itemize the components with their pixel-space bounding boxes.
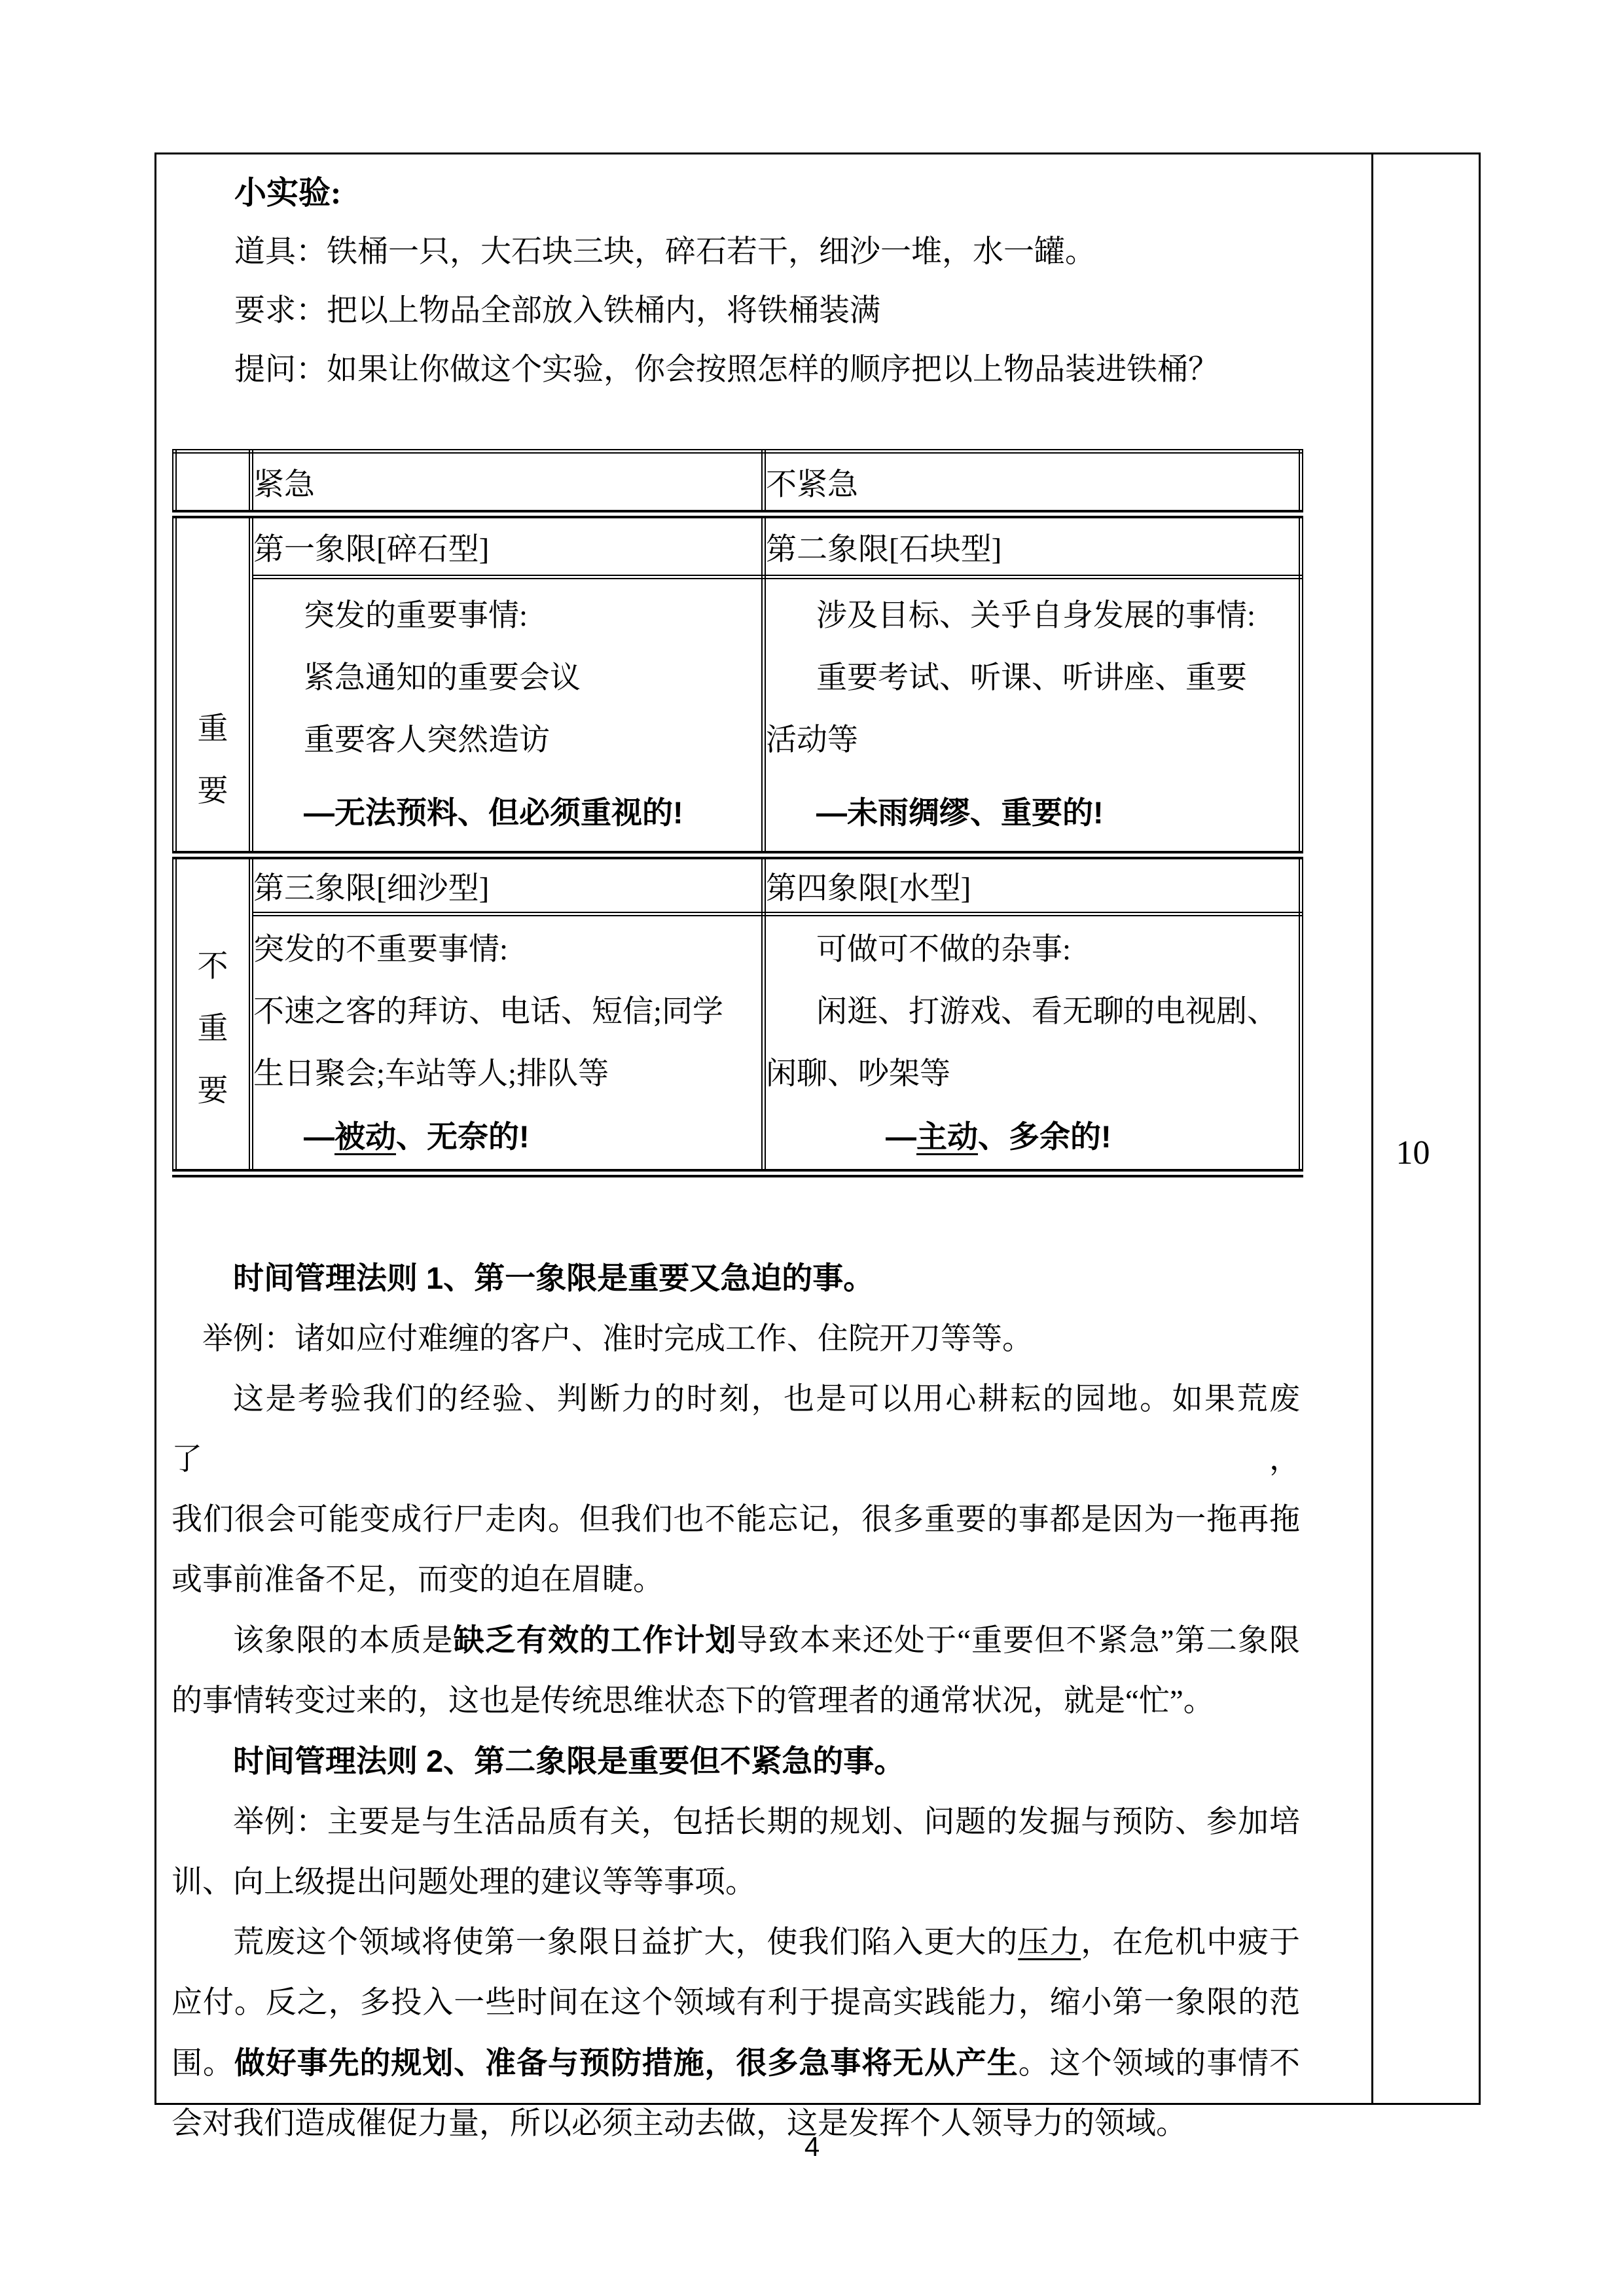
quadrant-2-title: 第二象限[石块型] [764, 514, 1301, 577]
experiment-title: 小实验: [171, 164, 1371, 223]
lesson-plan-row: 小实验: 道具：铁桶一只，大石块三块，碎石若干，细沙一堆，水一罐。 要求：把以上… [154, 152, 1481, 2105]
body-line: 举例：主要是与生活品质有关，包括长期的规划、问题的发掘与预防、参加培 [171, 1792, 1300, 1852]
body-section: 时间管理法则 1、第一象限是重要又急迫的事。 举例：诸如应付难缠的客户、准时完成… [171, 1248, 1300, 2154]
body-line: 训、向上级提出问题处理的建议等等事项。 [171, 1852, 1300, 1912]
body-line: 或事前准备不足，而变的迫在眉睫。 [171, 1550, 1300, 1610]
body-line: 围。做好事先的规划、准备与预防措施，很多急事将无从产生。这个领域的事情不 [171, 2033, 1300, 2094]
body-line: 荒废这个领域将使第一象限日益扩大，使我们陷入更大的压力，在危机中疲于 [171, 1912, 1300, 1973]
quadrant-line: 涉及目标、关乎自身发展的事情: [766, 585, 1299, 647]
content-cell: 小实验: 道具：铁桶一只，大石块三块，碎石若干，细沙一堆，水一罐。 要求：把以上… [156, 154, 1373, 2103]
quadrant-1-title: 第一象限[碎石型] [251, 514, 764, 577]
rule-2-heading: 时间管理法则 2、第二象限是重要但不紧急的事。 [171, 1731, 1300, 1792]
body-line: 我们很会可能变成行尸走肉。但我们也不能忘记，很多重要的事都是因为一拖再拖 [171, 1490, 1300, 1550]
quadrant-line: 闲聊、吵架等 [766, 1043, 1299, 1105]
quadrant-3-cell: 突发的不重要事情: 不速之客的拜访、电话、短信;同学 生日聚会;车站等人;排队等… [251, 914, 764, 1174]
quadrant-matrix-table: 紧急 不紧急 重要 第一象限[碎石型] 第二象限[石块型] 突发的重要事情: 紧… [172, 449, 1303, 1177]
row-header-not-important: 不重要 [175, 855, 251, 1174]
quadrant-line: 不速之客的拜访、电话、短信;同学 [253, 981, 761, 1043]
quadrant-line: 突发的不重要事情: [253, 919, 761, 981]
quadrant-line: 突发的重要事情: [253, 585, 761, 647]
rule-1-heading: 时间管理法则 1、第一象限是重要又急迫的事。 [171, 1248, 1300, 1309]
body-line: 应付。反之，多投入一些时间在这个领域有利于提高实践能力，缩小第一象限的范 [171, 1973, 1300, 2033]
experiment-requirement-line: 要求：把以上物品全部放入铁桶内，将铁桶装满 [171, 281, 1371, 340]
quadrant-line: 闲逛、打游戏、看无聊的电视剧、 [766, 981, 1299, 1043]
minutes-value: 10 [1396, 1134, 1430, 1172]
quadrant-1-cell: 突发的重要事情: 紧急通知的重要会议 重要客人突然造访 —无法预料、但必须重视的… [251, 577, 764, 855]
quadrant-3-title: 第三象限[细沙型] [251, 855, 764, 914]
quadrant-4-cell: 可做可不做的杂事: 闲逛、打游戏、看无聊的电视剧、 闲聊、吵架等 —主动、多余的… [764, 914, 1301, 1174]
quadrant-conclusion-line: —被动、无奈的! [253, 1105, 761, 1169]
quadrant-4-title: 第四象限[水型] [764, 855, 1301, 914]
col-header-urgent: 紧急 [251, 452, 764, 514]
quadrant-line: 生日聚会;车站等人;排队等 [253, 1043, 761, 1105]
body-line: 该象限的本质是缺乏有效的工作计划导致本来还处于“重要但不紧急”第二象限 [171, 1610, 1300, 1671]
row-header-important: 重要 [175, 514, 251, 855]
quadrant-conclusion-line: —未雨绸缪、重要的! [766, 781, 1299, 845]
body-line: 的事情转变过来的，这也是传统思维状态下的管理者的通常状况，就是“忙”。 [171, 1671, 1300, 1731]
col-header-not-urgent: 不紧急 [764, 452, 1301, 514]
body-line: 这是考验我们的经验、判断力的时刻，也是可以用心耕耘的园地。如果荒废了， [171, 1369, 1300, 1490]
quadrant-line: 重要客人突然造访 [253, 709, 761, 772]
minutes-cell: 10 [1373, 154, 1479, 2103]
quadrant-conclusion-line: —主动、多余的! [766, 1105, 1299, 1169]
page: { "page": { "number": "4", "duration_min… [0, 0, 1624, 2296]
quadrant-line: 活动等 [766, 709, 1299, 772]
experiment-question-line: 提问：如果让你做这个实验，你会按照怎样的顺序把以上物品装进铁桶？ [171, 340, 1371, 399]
body-line: 举例：诸如应付难缠的客户、准时完成工作、住院开刀等等。 [171, 1309, 1300, 1369]
experiment-props-line: 道具：铁桶一只，大石块三块，碎石若干，细沙一堆，水一罐。 [171, 223, 1371, 281]
experiment-section: 小实验: 道具：铁桶一只，大石块三块，碎石若干，细沙一堆，水一罐。 要求：把以上… [171, 164, 1371, 399]
quadrant-2-cell: 涉及目标、关乎自身发展的事情: 重要考试、听课、听讲座、重要 活动等 —未雨绸缪… [764, 577, 1301, 855]
quadrant-line: 重要考试、听课、听讲座、重要 [766, 647, 1299, 709]
page-number: 4 [0, 2131, 1624, 2162]
quadrant-conclusion-line: —无法预料、但必须重视的! [253, 781, 761, 845]
matrix-corner-cell [175, 452, 251, 514]
quadrant-line: 紧急通知的重要会议 [253, 647, 761, 709]
quadrant-line: 可做可不做的杂事: [766, 919, 1299, 981]
